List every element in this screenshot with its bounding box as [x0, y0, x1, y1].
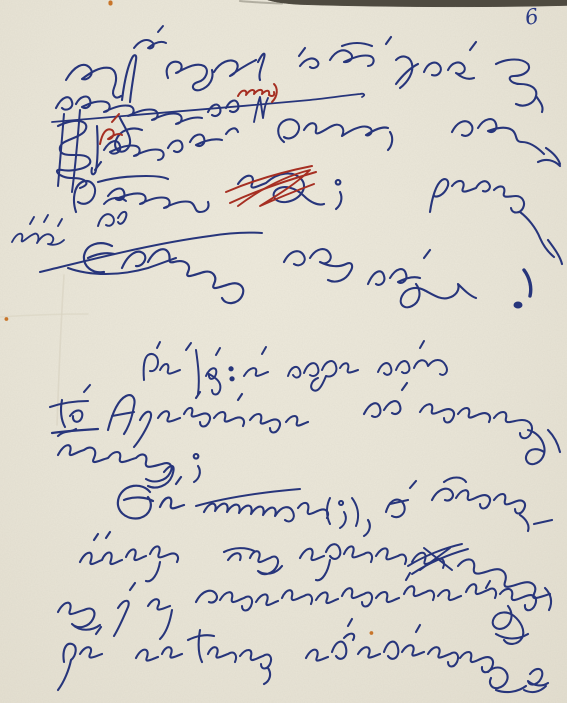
paper-speck — [109, 1, 112, 5]
manuscript-page: 6 — [0, 0, 567, 703]
paper-speck — [370, 632, 373, 635]
ink-exclamation-dot — [514, 302, 522, 308]
handwriting-svg — [0, 0, 567, 703]
paper-speck — [5, 318, 8, 321]
